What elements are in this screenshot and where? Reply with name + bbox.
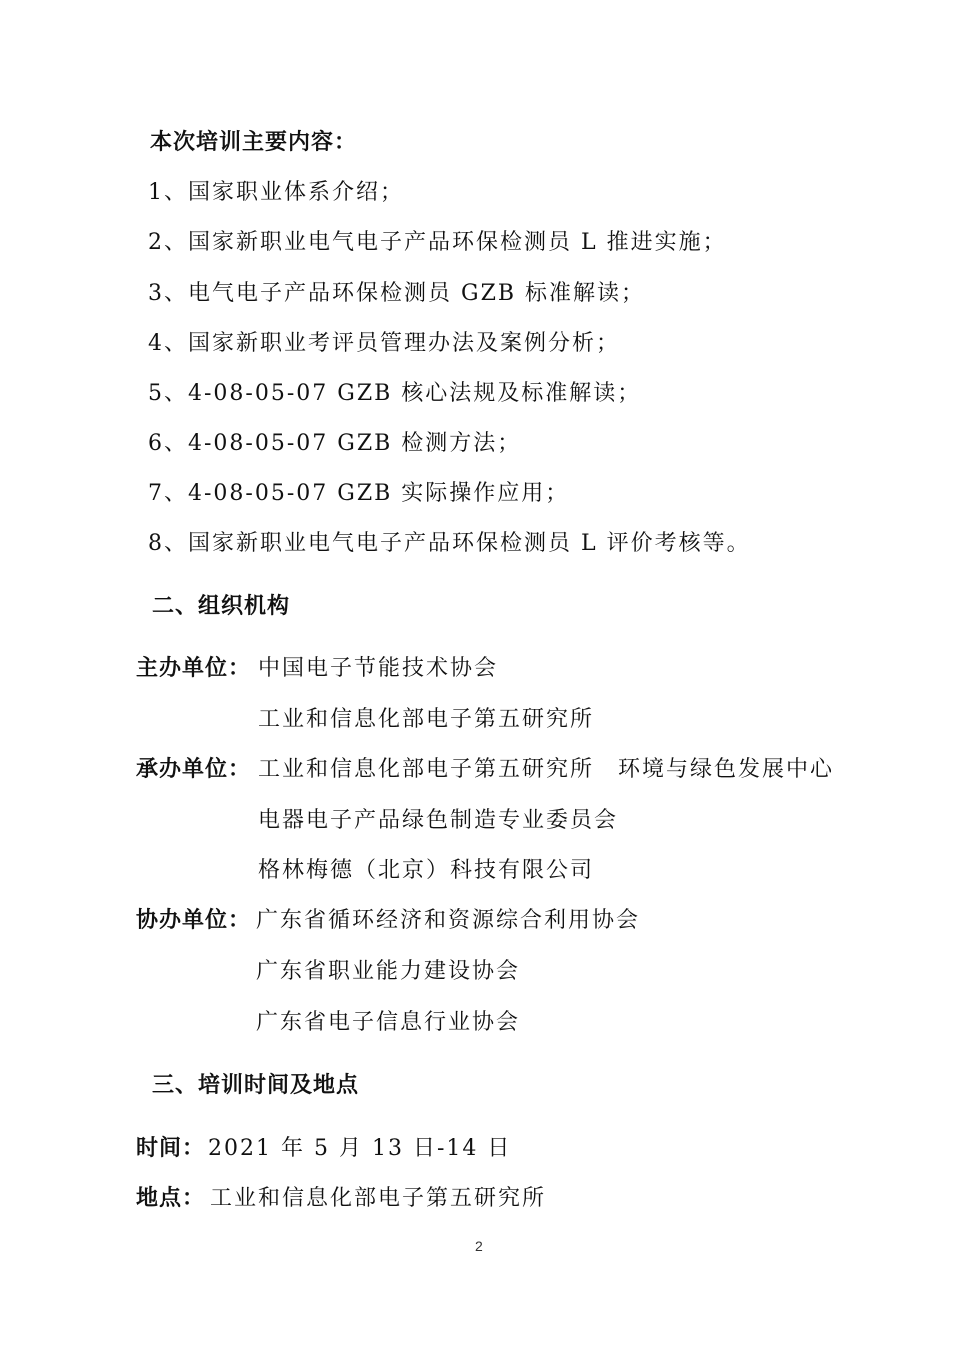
host-unit-2: 工业和信息化部电子第五研究所 [258,707,594,733]
page-number: 2 [475,1238,483,1254]
co-organizer-unit-1: 广东省循环经济和资源综合利用协会 [256,908,640,934]
co-organizer-unit-2: 广东省职业能力建设协会 [256,959,520,985]
co-organizer-label: 协办单位： [136,908,251,934]
content-item-2: 2、国家新职业电气电子产品环保检测员 L 推进实施； [148,230,727,256]
organizer-unit-2: 电器电子产品绿色制造专业委员会 [258,808,618,834]
host-unit-1: 中国电子节能技术协会 [258,656,498,682]
place-label: 地点： [136,1186,205,1212]
place-value: 工业和信息化部电子第五研究所 [210,1186,546,1212]
content-item-5: 5、4-08-05-07 GZB 核心法规及标准解读； [148,381,641,407]
co-organizer-unit-3: 广东省电子信息行业协会 [256,1010,520,1036]
content-section-title: 本次培训主要内容： [150,130,357,156]
organizer-unit-3: 格林梅德（北京）科技有限公司 [258,858,594,884]
time-value: 2021 年 5 月 13 日-14 日 [208,1136,511,1162]
host-label: 主办单位： [136,656,251,682]
organization-heading: 二、组织机构 [152,594,290,620]
time-place-heading: 三、培训时间及地点 [152,1073,359,1099]
time-label: 时间： [136,1136,205,1162]
content-item-8: 8、国家新职业电气电子产品环保检测员 L 评价考核等。 [148,531,751,557]
content-item-6: 6、4-08-05-07 GZB 检测方法； [148,431,521,457]
content-item-3: 3、电气电子产品环保检测员 GZB 标准解读； [148,281,645,307]
organizer-label: 承办单位： [136,757,251,783]
organizer-unit-1: 工业和信息化部电子第五研究所 环境与绿色发展中心 [258,757,834,783]
content-item-1: 1、国家职业体系介绍； [148,180,404,206]
content-item-4: 4、国家新职业考评员管理办法及案例分析； [148,331,620,357]
content-item-7: 7、4-08-05-07 GZB 实际操作应用； [148,481,569,507]
